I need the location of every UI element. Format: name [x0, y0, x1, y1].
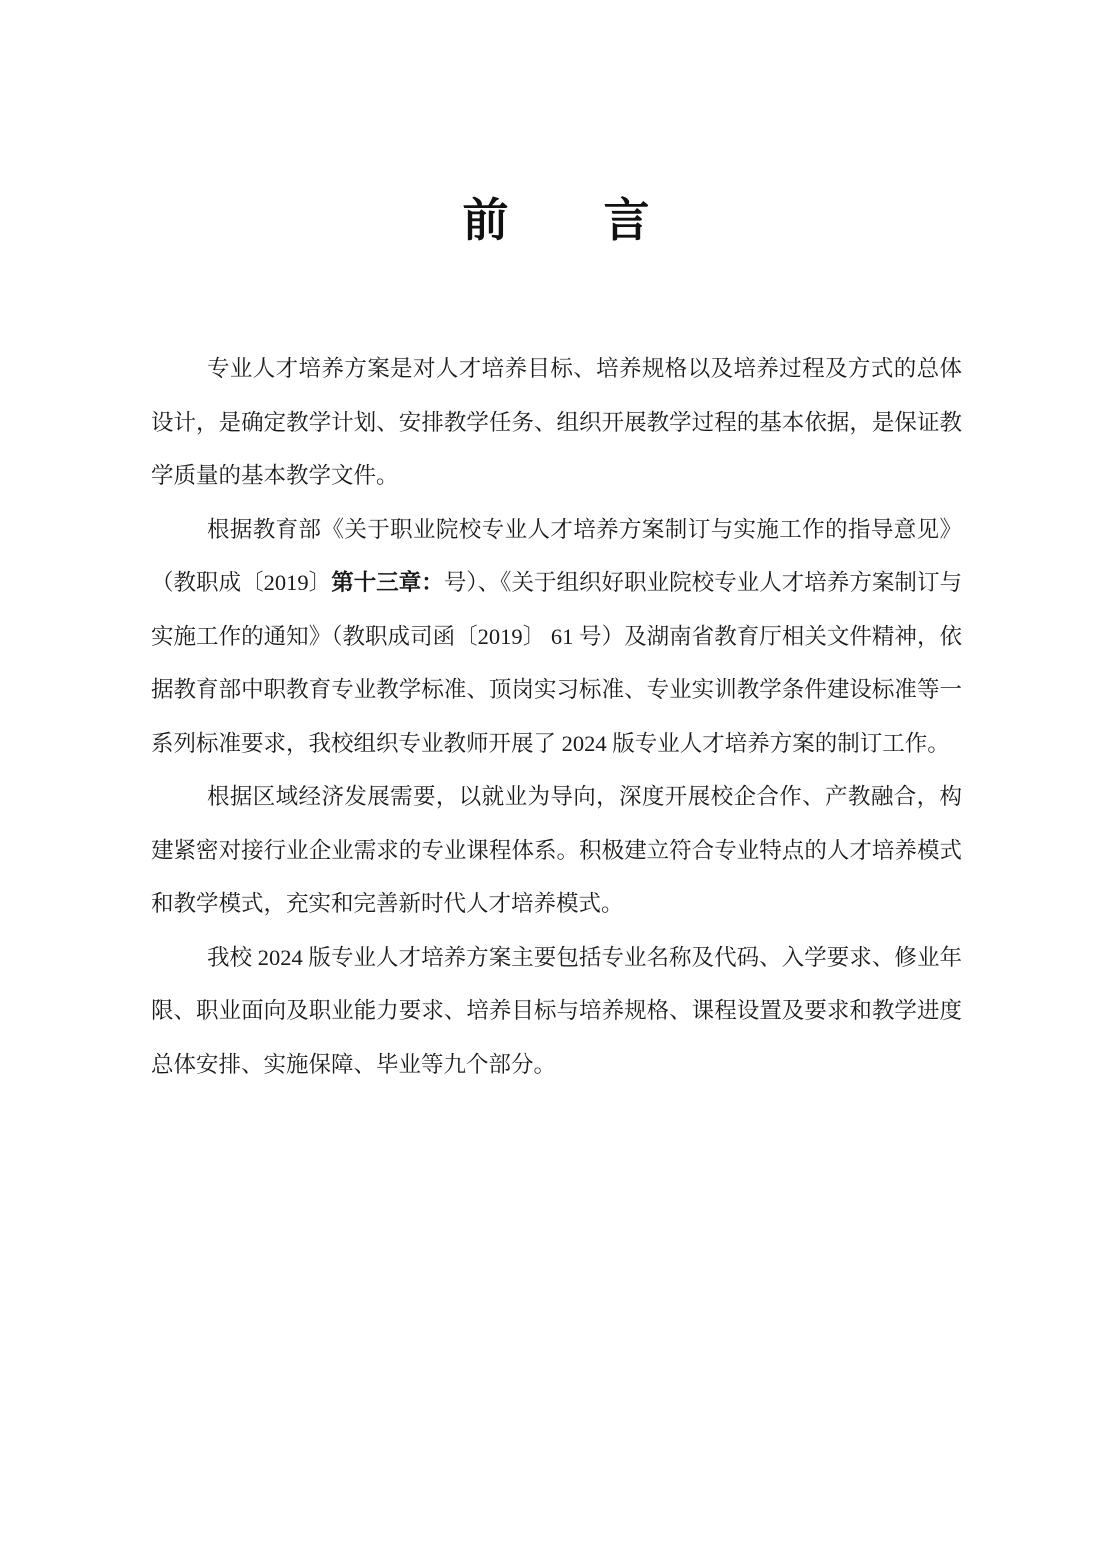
- paragraph-1: 专业人才培养方案是对人才培养目标、培养规格以及培养过程及方式的总体设计，是确定教…: [151, 342, 962, 503]
- page-title: 前 言: [151, 0, 962, 246]
- text-run-bold: 第十三章：: [331, 570, 444, 595]
- paragraph-2: 根据教育部《关于职业院校专业人才培养方案制订与实施工作的指导意见》（教职成〔20…: [151, 503, 962, 771]
- text-run: 号）、《关于组织好职业院校专业人才培养方案制订与实施工作的通知》（教职成司函〔2…: [151, 570, 962, 756]
- document-page: 前 言 专业人才培养方案是对人才培养目标、培养规格以及培养过程及方式的总体设计，…: [0, 0, 1102, 1559]
- paragraph-4: 我校 2024 版专业人才培养方案主要包括专业名称及代码、入学要求、修业年限、职…: [151, 931, 962, 1092]
- text-run: 我校 2024 版专业人才培养方案主要包括专业名称及代码、入学要求、修业年限、职…: [151, 945, 962, 1077]
- text-run: 根据区域经济发展需要，以就业为导向，深度开展校企合作、产教融合，构建紧密对接行业…: [151, 784, 962, 916]
- paragraph-3: 根据区域经济发展需要，以就业为导向，深度开展校企合作、产教融合，构建紧密对接行业…: [151, 770, 962, 931]
- text-run: 专业人才培养方案是对人才培养目标、培养规格以及培养过程及方式的总体设计，是确定教…: [151, 356, 962, 488]
- document-body: 专业人才培养方案是对人才培养目标、培养规格以及培养过程及方式的总体设计，是确定教…: [151, 342, 962, 1091]
